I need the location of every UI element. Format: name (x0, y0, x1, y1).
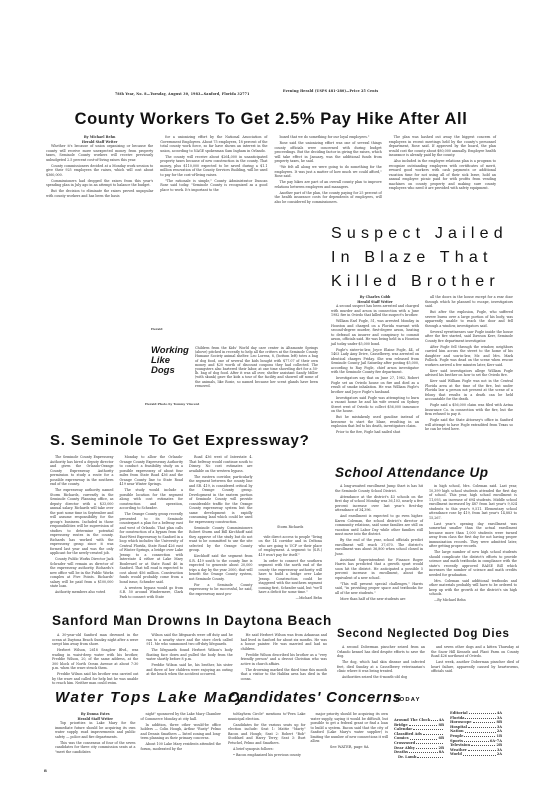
paragraph: Assistant Superintendent for Finance Rog… (335, 558, 423, 581)
paragraph: The large number of new high school stud… (429, 550, 517, 577)
dog-columns: A second Doberman pinscher seized from a… (337, 645, 519, 681)
paragraph: in high school, Mrs. Coleman said. Last … (429, 484, 517, 520)
photo-title-line-2: Like Dogs (151, 356, 193, 376)
index-title: TODAY (395, 697, 421, 703)
paragraph: Road 436 west of Interstate 4. That belt… (189, 455, 253, 473)
paragraph: After Fogle fell through the window, nei… (425, 345, 513, 368)
paragraph: For a Seminole County expressway to be s… (189, 583, 253, 597)
paragraph: A brief synopsis follows: (228, 747, 306, 752)
index-right: Editorial4A Florida3A Horoscope8B Hospit… (450, 711, 502, 757)
photo-credit-top: Herald (151, 327, 163, 331)
candidates-col-2: major priority should be acquiring its o… (311, 712, 389, 759)
paragraph: night" sponsored by the Lake Mary Chambe… (141, 712, 222, 721)
paragraph: • Bacon emphasized his previous county (228, 753, 306, 758)
paragraph: Another part of the plan, the county pay… (275, 191, 382, 205)
photo-placeholder-top (46, 232, 321, 327)
paragraph: Kerr said investigators allege William F… (425, 369, 513, 378)
story-suspect-jailed: Suspect Jailed In Blaze That Killed Brot… (331, 222, 513, 436)
index-item: Dr. Lamb (394, 755, 444, 760)
headline-expressway: S. Seminole To Get Expressway? (50, 432, 322, 449)
story-expressway: S. Seminole To Get Expressway? The Semin… (50, 432, 322, 602)
paragraph: Top priorities in Lake Mary for the imme… (55, 721, 136, 739)
paragraph: "The rationale is simple," County Admini… (160, 179, 267, 193)
water-col-1: By Donna Estes Herald Staff Writer Top p… (55, 712, 136, 756)
paragraph: major priority should be acquiring its o… (311, 712, 389, 744)
paragraph: This was the consensus of four of the se… (55, 741, 136, 755)
pay-hike-col-4: The plan was hashed out away the biggest… (389, 135, 496, 206)
attendance-columns: A long-awaited enrollment Jump Start is … (335, 484, 517, 604)
paragraph: Authority members also voted (50, 590, 114, 595)
signoff: —Michael Behn (259, 596, 323, 601)
suspect-columns: By Charles Cobb Herald Staff Writer A se… (331, 295, 513, 436)
candidates-col-1: toMayhem Circle" mentions to"Fern Lake m… (228, 712, 306, 759)
headline-candidates: Candidates' Concerns (228, 689, 388, 706)
suspect-col-2: all the doors in the house except for a … (425, 295, 513, 436)
masthead-dateline: 78th Year, No. 8—Tuesday, August 30, 198… (115, 92, 250, 96)
pay-hike-columns: By Michael Behn Herald Staff Writer Whet… (46, 135, 496, 206)
headline-drowns: Sanford Man Drowns In Daytona Beach (52, 613, 327, 628)
paragraph: The lifeguards found Herbert Wilson's bo… (146, 648, 232, 662)
paragraph: In addition, three other would-be office… (141, 723, 222, 741)
drowns-columns: A 30-year-old Sanford man drowned in the… (52, 633, 327, 687)
headline-dog: Second Neglected Dog Dies (337, 628, 519, 640)
paragraph: The dog, which had skin disease and infe… (337, 660, 425, 674)
paragraph: Fogle said the State Attorney's office i… (425, 418, 513, 432)
drowns-col-2: Wilson said the lifeguards were off duty… (146, 633, 232, 687)
paragraph: The pay hikes are part of an overall cou… (275, 180, 382, 189)
paragraph: The expressway authority named Storm Ric… (50, 488, 114, 556)
pay-hike-col-3: board that we do something for our loyal… (275, 135, 382, 206)
paragraph: Kerr said William Fogle was not in the C… (425, 379, 513, 402)
water-columns: By Donna Estes Herald Staff Writer Top p… (55, 712, 221, 756)
headline-pay-hike: County Workers To Get 2.5% Pay Hike Afte… (46, 110, 496, 129)
pay-hike-col-1: By Michael Behn Herald Staff Writer Whet… (46, 135, 153, 206)
headline-attendance: School Attendance Up (335, 465, 517, 480)
paragraph: "We felt all along we were going to do s… (275, 165, 382, 179)
page-folio: 8 (44, 768, 47, 773)
drowns-col-1: A 30-year-old Sanford man drowned in the… (52, 633, 138, 687)
story-candidates: Candidates' Concerns toMayhem Circle" me… (228, 689, 388, 759)
headline-suspect-3: Killed Brother (331, 270, 513, 294)
paragraph: Mrs. Coleman said additional textbooks a… (429, 579, 517, 597)
paragraph: But the decision to eliminate the raises… (46, 189, 153, 198)
paragraph: The study would include a possible locat… (120, 488, 184, 511)
paragraph: all the doors in the house except for a … (425, 295, 513, 309)
paragraph: William Earl Fogle, 51, was arrested Mon… (331, 319, 419, 346)
story-water: Water Tops Lake Mary By Donna Estes Hera… (55, 689, 221, 756)
headline-suspect-2: In Blaze That (331, 246, 513, 270)
headline-suspect-1: Suspect Jailed (331, 222, 513, 246)
photo-caption: Children from the Kids' World day care c… (195, 346, 318, 388)
paragraph: A 30-year-old Sanford man drowned in the… (52, 633, 138, 647)
water-col-2: night" sponsored by the Lake Mary Chambe… (141, 712, 222, 756)
paragraph: Also included in the employee relations … (389, 159, 496, 191)
candidates-columns: toMayhem Circle" mentions to"Fern Lake m… (228, 712, 388, 759)
masthead-publication: Evening Herald (USPS 481-280)—Price 25 C… (283, 89, 378, 93)
pay-hike-col-2: for a unionizing effort by the National … (160, 135, 267, 206)
attendance-col-1: A long-awaited enrollment Jump Start is … (335, 484, 423, 604)
paragraph: Last year's opening day enrollment was s… (429, 522, 517, 549)
paragraph: And enrollment is expected to go even hi… (335, 514, 423, 537)
paragraph: But he mistakenly used gasoline instead … (331, 415, 419, 429)
expressway-col-4: Storm Richards vide direct access to peo… (259, 455, 323, 602)
story-dog: Second Neglected Dog Dies A second Dober… (337, 628, 519, 681)
drowns-col-3: He said Herbert Wilson was from Arkansas… (241, 633, 327, 687)
paragraph: vide direct access to people "living on … (259, 535, 323, 558)
paragraph: The Orange County group recently present… (120, 512, 184, 584)
dog-col-1: A second Doberman pinscher seized from a… (337, 645, 425, 681)
suspect-col-1: By Charles Cobb Herald Staff Writer A se… (331, 295, 419, 436)
paragraph: County Public Works Director Jack Schrad… (50, 557, 114, 589)
paragraph: Fogle's sister-in-law, Joyce Elaine Fogl… (331, 348, 419, 375)
paragraph: The plan was hashed out away the biggest… (389, 135, 496, 158)
paragraph: Monday to allow the Orlando-Orange Count… (120, 455, 184, 487)
paragraph: Kirchhoff said the segment from S.R. 419… (189, 554, 253, 581)
paragraph: A western bypass would go from S.R. 50 a… (120, 586, 184, 600)
dog-col-2: and seven other dogs and a kitten Thursd… (431, 645, 519, 681)
paragraph: A long-awaited enrollment Jump Start is … (335, 484, 423, 493)
expressway-columns: The Seminole County Expressway Authority… (50, 455, 322, 602)
paragraph: Freddie Wilson said he, his brother, his… (146, 663, 232, 677)
paragraph: Candidates for the various seats up for … (228, 723, 306, 746)
index-left: Around The Clock4A Bridge8B Calendar Cla… (394, 718, 444, 759)
paragraph: He said Herbert Wilson was from Arkansas… (241, 633, 327, 651)
paragraph: Wilson said the lifeguards were off duty… (146, 633, 232, 647)
story-pay-hike: County Workers To Get 2.5% Pay Hike Afte… (46, 110, 496, 206)
expressway-col-1: The Seminole County Expressway Authority… (50, 455, 114, 602)
attendance-col-2: in high school, Mrs. Coleman said. Last … (429, 484, 517, 604)
story-attendance: School Attendance Up A long-awaited enro… (335, 465, 517, 604)
paragraph: County commissioners decided at a Monday… (46, 164, 153, 178)
paragraph: Rose said the unionizing effort was one … (275, 141, 382, 164)
paragraph: Fogle said a $56,000 claim was filed wit… (425, 403, 513, 417)
paragraph: Investigators said Fogle was attempting … (331, 396, 419, 414)
paragraph: The eastern corridor, particularly the s… (189, 475, 253, 525)
index-item: World2A (450, 752, 502, 757)
paragraph: Authorities seized the 6-month-old dog (337, 675, 425, 680)
paragraph: Whether it's because of union organizing… (46, 144, 153, 162)
paragraph: More than half of the new students are (335, 597, 423, 602)
paragraph: The county will receive about $264,000 i… (160, 155, 267, 178)
paragraph: Last week, another Doberman pinscher die… (431, 660, 519, 674)
paragraph: In order to connect the southern segment… (259, 559, 323, 595)
paragraph: About 100 Lake Mary residents attended t… (141, 742, 222, 751)
expressway-col-3: Road 436 west of Interstate 4. That belt… (189, 455, 253, 602)
expressway-col-2: Monday to allow the Orlando-Orange Count… (120, 455, 184, 602)
paragraph: Investigators say that on June 27, 1982,… (331, 376, 419, 394)
paragraph: Seminole County Commissioners Robert Stu… (189, 526, 253, 553)
paragraph: board that we do something for our loyal… (275, 135, 382, 140)
signoff: —By Michael Behn (429, 598, 517, 603)
paragraph: Herbert Wilson, 2618 Seaglow Blvd., was … (52, 648, 138, 671)
paragraph: A second Doberman pinscher seized from a… (337, 645, 425, 659)
paragraph: The Seminole County Expressway Authority… (50, 455, 114, 487)
paragraph: Freddie Wilson said his brother was carr… (52, 672, 138, 686)
paragraph: "This will present special challenges," … (335, 582, 423, 596)
paragraph: A second suspect has been arrested and c… (331, 304, 419, 318)
paragraph: Several eyewitnesses saw Fogle inside th… (425, 330, 513, 344)
photo-credit: Herald Photo by Tommy Vincent (145, 402, 199, 406)
jump-line: See WATER, page 8A (311, 745, 389, 750)
photo-feature-title: Working Like Dogs (151, 346, 193, 376)
paragraph: Freddie Wilson described his brother as … (241, 653, 327, 667)
story-drowns: Sanford Man Drowns In Daytona Beach A 30… (52, 613, 327, 687)
paragraph: By the end of the year, school officials… (335, 538, 423, 556)
paragraph: toMayhem Circle" mentions to"Fern Lake m… (228, 712, 306, 721)
headline-water: Water Tops Lake Mary (55, 689, 221, 706)
paragraph: The drowning marked the third time this … (241, 668, 327, 682)
paragraph: Prior to the fire, Fogle had nailed shut (331, 430, 419, 435)
photo-label: Storm Richards (259, 525, 323, 530)
paragraph: Attendance at the district's 43 schools … (335, 495, 423, 513)
paragraph: for a unionizing effort by the National … (160, 135, 267, 153)
paragraph: But after the explosion, Fogle, who suff… (425, 310, 513, 328)
paragraph: Commissioners had dropped the raises fro… (46, 179, 153, 188)
paragraph: and seven other dogs and a kitten Thursd… (431, 645, 519, 659)
